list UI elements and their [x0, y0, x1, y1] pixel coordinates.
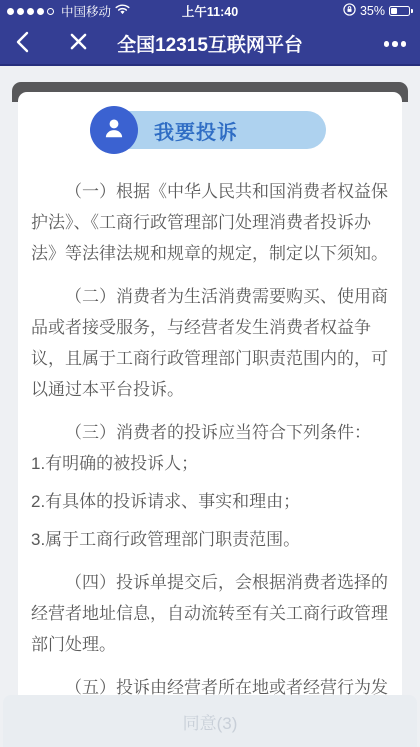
- status-bar-right: 35%: [343, 3, 413, 19]
- notice-paragraph: （二）消费者为生活消费需要购买、使用商品或者接受服务，与经营者发生消费者权益争议…: [31, 281, 389, 405]
- badge-label: 我要投诉: [154, 116, 238, 145]
- more-menu-button[interactable]: [384, 22, 407, 66]
- content-area: 我要投诉 （一）根据《中华人民共和国消费者权益保护法》、《工商行政管理部门处理消…: [0, 66, 420, 747]
- notice-card: 我要投诉 （一）根据《中华人民共和国消费者权益保护法》、《工商行政管理部门处理消…: [18, 92, 402, 747]
- chevron-left-icon: [16, 31, 29, 56]
- notice-list-item: 3.属于工商行政管理部门职责范围。: [31, 524, 389, 555]
- person-icon: [101, 115, 127, 146]
- notice-paragraph: （一）根据《中华人民共和国消费者权益保护法》、《工商行政管理部门处理消费者投诉办…: [31, 176, 389, 269]
- wifi-icon: [115, 4, 130, 18]
- badge-pill: 我要投诉: [110, 111, 326, 149]
- carrier-label: 中国移动: [61, 2, 111, 20]
- nav-bar: 全国12315互联网平台: [0, 22, 420, 66]
- notice-paragraph: （三）消费者的投诉应当符合下列条件：: [31, 417, 389, 448]
- notice-paragraph: （四）投诉单提交后，会根据消费者选择的经营者地址信息，自动流转至有关工商行政管理…: [31, 567, 389, 660]
- complaint-section-badge: 我要投诉: [90, 106, 326, 154]
- notice-text: （一）根据《中华人民共和国消费者权益保护法》、《工商行政管理部门处理消费者投诉办…: [18, 176, 402, 703]
- close-icon: [70, 33, 87, 53]
- battery-icon: [389, 6, 413, 16]
- notice-list-item: 1.有明确的被投诉人；: [31, 448, 389, 479]
- cell-signal-icon: [7, 8, 54, 15]
- orientation-lock-icon: [343, 3, 356, 19]
- close-button[interactable]: [56, 21, 100, 65]
- agree-button[interactable]: 同意(3): [3, 695, 417, 747]
- badge-circle: [90, 106, 138, 154]
- battery-percent-label: 35%: [360, 4, 385, 18]
- status-bar-left: 中国移动: [7, 2, 130, 20]
- ellipsis-menu-icon: [384, 41, 407, 47]
- app-screen: 中国移动 上午11:40 35%: [0, 0, 420, 747]
- notice-list-item: 2.有具体的投诉请求、事实和理由；: [31, 486, 389, 517]
- back-button[interactable]: [0, 21, 44, 65]
- status-bar: 中国移动 上午11:40 35%: [0, 0, 420, 22]
